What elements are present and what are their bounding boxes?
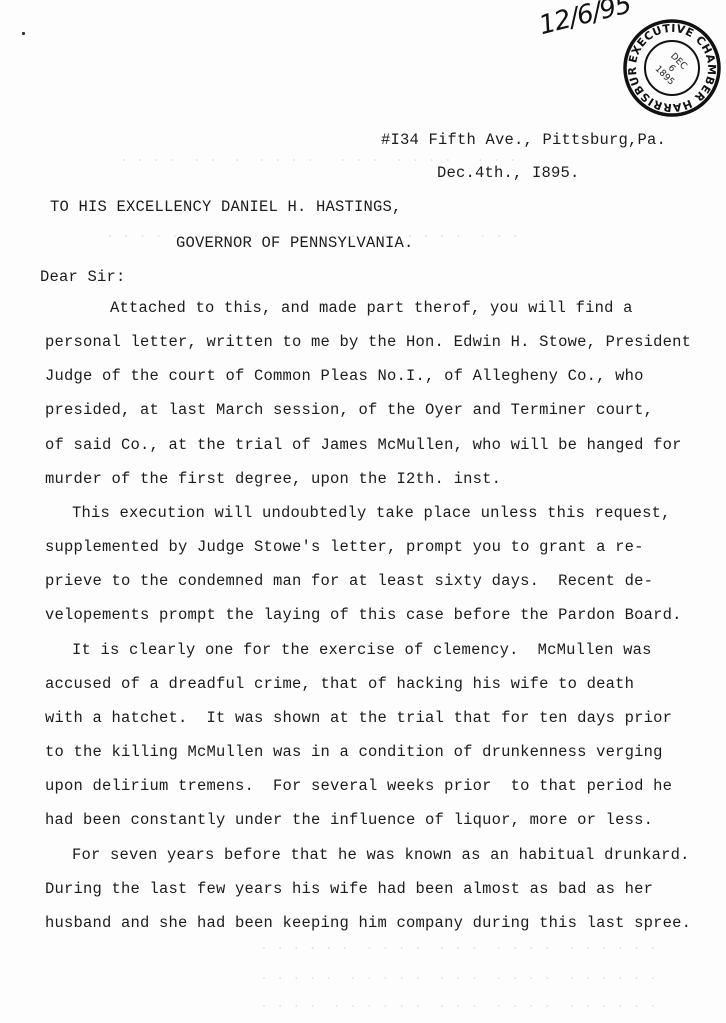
paper-speck	[22, 32, 25, 35]
body-line: to the killing McMullen was in a conditi…	[45, 743, 663, 761]
body-line: murder of the first degree, upon the I2t…	[45, 470, 501, 488]
bleed-through-text: . . . . . . . . . . . . . . . . . . . . …	[260, 968, 657, 983]
body-line: presided, at last March session, of the …	[45, 401, 653, 419]
body-line: with a hatchet. It was shown at the tria…	[45, 709, 672, 727]
bleed-through-text: . . . . . . . . . . . . . . . . . . . . …	[260, 996, 657, 1011]
body-line: supplemented by Judge Stowe's letter, pr…	[45, 538, 644, 556]
bleed-through-text: . . . . . . . . . . . . . . . . . . . . …	[120, 150, 517, 165]
body-line: velopements prompt the laying of this ca…	[45, 606, 682, 624]
salutation: Dear Sir:	[40, 268, 126, 286]
letter-date: Dec.4th., I895.	[437, 164, 580, 182]
stamp-seal-icon: EXECUTIVE CHAMBER HARRISBURG, PA. DEC 6 …	[622, 18, 722, 118]
bleed-through-text: . . . . . . . . . . . . . . . . . . . . …	[260, 938, 657, 953]
body-line: had been constantly under the influence …	[45, 811, 653, 829]
body-line: Attached to this, and made part therof, …	[110, 299, 633, 317]
body-line: personal letter, written to me by the Ho…	[45, 333, 691, 351]
recipient-line-2: GOVERNOR OF PENNSYLVANIA.	[176, 234, 414, 252]
body-line: Judge of the court of Common Pleas No.I.…	[45, 367, 644, 385]
letter-page: . . . . . . . . . . . . . . . . . . . . …	[0, 0, 726, 1023]
body-line: It is clearly one for the exercise of cl…	[72, 641, 652, 659]
body-line: For seven years before that he was known…	[72, 846, 690, 864]
body-line: husband and she had been keeping him com…	[45, 914, 691, 932]
sender-address: #I34 Fifth Ave., Pittsburg,Pa.	[381, 131, 666, 149]
executive-chamber-stamp: EXECUTIVE CHAMBER HARRISBURG, PA. DEC 6 …	[622, 18, 722, 118]
body-line: This execution will undoubtedly take pla…	[72, 504, 671, 522]
body-line: of said Co., at the trial of James McMul…	[45, 436, 682, 454]
body-line: upon delirium tremens. For several weeks…	[45, 777, 672, 795]
body-line: prieve to the condemned man for at least…	[45, 572, 653, 590]
body-line: During the last few years his wife had b…	[45, 880, 653, 898]
recipient-line-1: TO HIS EXCELLENCY DANIEL H. HASTINGS,	[50, 198, 402, 216]
handwritten-date: 12/6/95	[536, 0, 634, 41]
body-line: accused of a dreadful crime, that of hac…	[45, 675, 634, 693]
